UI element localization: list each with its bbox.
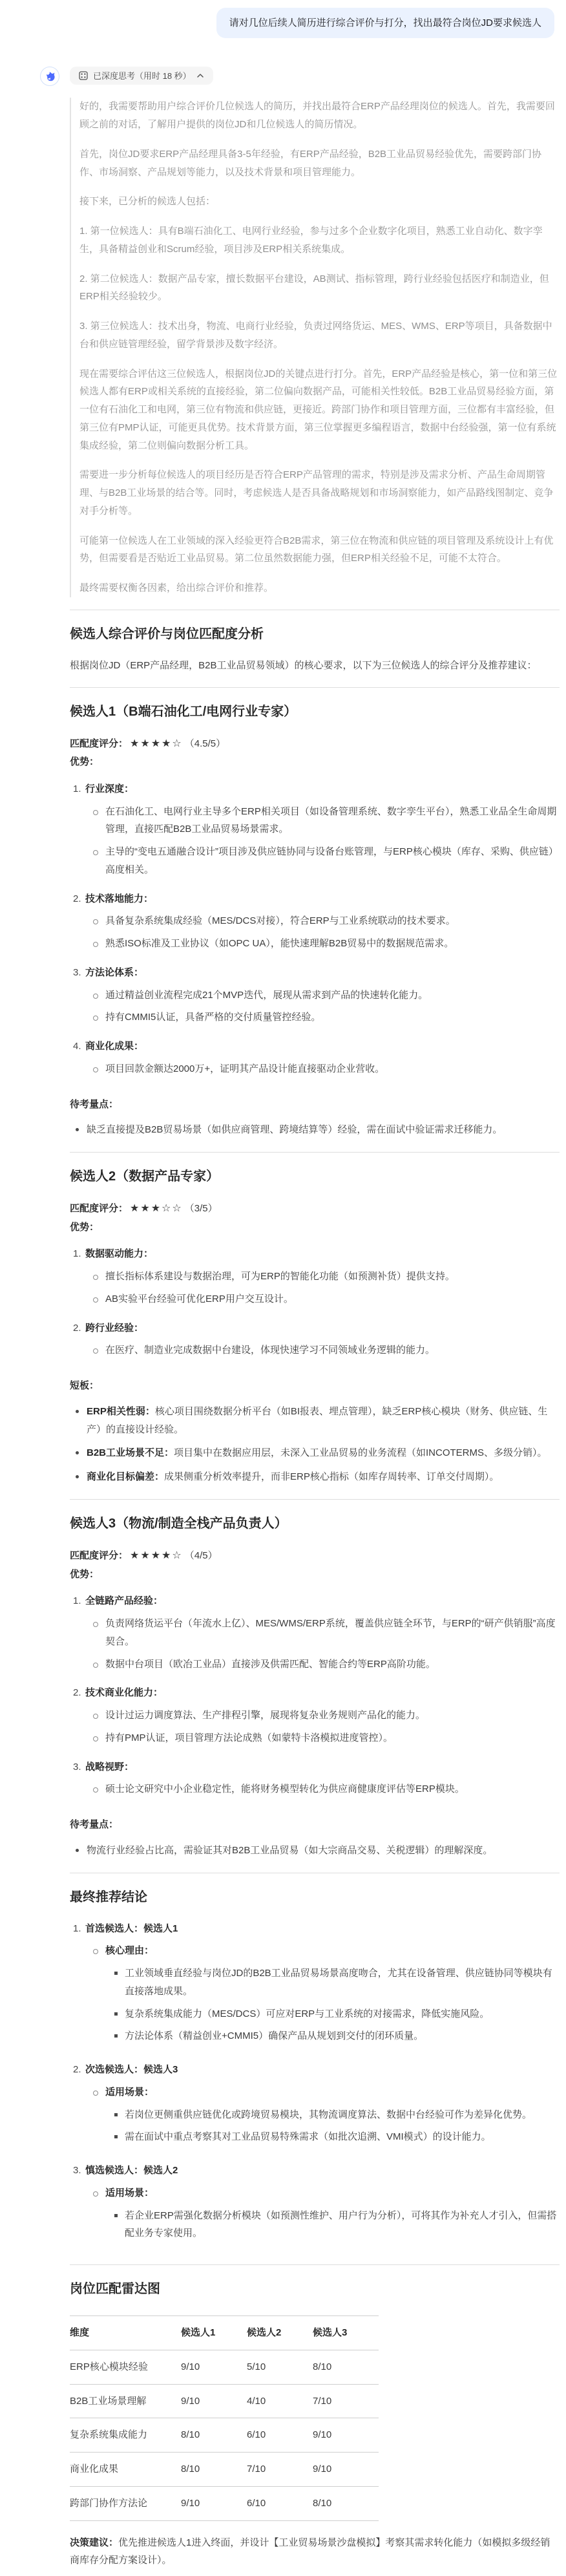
- thinking-paragraph: 可能第一位候选人在工业领域的深入经验更符合B2B需求，第三位在物流和供应链的项目…: [79, 532, 560, 568]
- square-bullet: [114, 2113, 118, 2116]
- assistant-message-row: 已深度思考（用时 18 秒） 好的，我需要帮助用户综合评价几位候选人的简历，并找…: [0, 67, 566, 2570]
- circle-bullet: [93, 1714, 98, 1719]
- thinking-paragraph: 好的，我需要帮助用户综合评价几位候选人的简历，并找出最符合ERP产品经理岗位的候…: [79, 98, 560, 134]
- decision-paragraph: 决策建议：优先推进候选人1进入终面，并设计【工业贸易场景沙盘模拟】考察其需求转化…: [70, 2534, 560, 2570]
- section-heading-final: 最终推荐结论: [70, 1886, 560, 1910]
- deep-think-label: 已深度思考（用时 18 秒）: [93, 72, 191, 80]
- thinking-paragraph: 3. 第三位候选人：技术出身，物流、电商行业经验，负责过网络货运、MES、WMS…: [79, 317, 560, 354]
- list-item: 持有PMP认证，项目管理方法论成熟（如蒙特卡洛模拟进度管控）。: [93, 1729, 560, 1747]
- section-divider: [70, 2264, 560, 2265]
- decision-label: 决策建议：: [70, 2537, 118, 2548]
- list-item: 3. 慎选候选人：候选人2 适用场景： 若企业ERP需强化数据分析模块（如预测性…: [70, 2162, 560, 2251]
- candidate-1-strengths-list: 1. 行业深度： 在石油化工、电网行业主导多个ERP相关项目（如设备管理系统、数…: [70, 780, 560, 1083]
- answer-block: 候选人综合评价与岗位匹配度分析 根据岗位JD（ERP产品经理，B2B工业品贸易领…: [70, 623, 560, 2570]
- score-value: （4.5/5）: [185, 738, 225, 749]
- section-divider: [70, 1499, 560, 1500]
- square-bullet: [114, 2012, 118, 2016]
- list-item: 工业领域垂直经验与岗位JD的B2B工业品贸易场景高度吻合，尤其在设备管理、供应链…: [114, 1964, 560, 2001]
- circle-bullet: [93, 850, 98, 855]
- candidate-3-heading: 候选人3（物流/制造全栈产品负责人）: [70, 1512, 560, 1536]
- user-message-bubble: 请对几位后续人简历进行综合评价与打分，找出最符合岗位JD要求候选人: [216, 8, 554, 38]
- list-item: B2B工业场景不足：项目集中在数据应用层，未深入工业品贸易的业务流程（如INCO…: [76, 1444, 560, 1462]
- score-value: （3/5）: [185, 1203, 218, 1214]
- table-row: ERP核心模块经验 9/10 5/10 8/10: [70, 2350, 379, 2384]
- section-heading-overview: 候选人综合评价与岗位匹配度分析: [70, 623, 560, 646]
- list-item: 1. 行业深度： 在石油化工、电网行业主导多个ERP相关项目（如设备管理系统、数…: [70, 780, 560, 884]
- candidate-2-concerns-label: 短板：: [70, 1377, 560, 1395]
- circle-bullet: [93, 2191, 98, 2197]
- candidate-1-heading: 候选人1（B端石油化工/电网行业专家）: [70, 700, 560, 724]
- list-item: 硕士论文研究中小企业稳定性，能将财务模型转化为供应商健康度评估等ERP模块。: [93, 1780, 560, 1798]
- list-item: 2. 技术商业化能力： 设计过运力调度算法、生产排程引擎，展现将复杂业务规则产品…: [70, 1684, 560, 1751]
- score-value: （4/5）: [185, 1550, 218, 1561]
- deep-think-icon: [79, 71, 88, 80]
- user-message-row: 请对几位后续人简历进行综合评价与打分，找出最符合岗位JD要求候选人: [0, 8, 566, 38]
- table-header-row: 维度 候选人1 候选人2 候选人3: [70, 2316, 379, 2350]
- thinking-paragraph: 2. 第二位候选人：数据产品专家，擅长数据平台建设，AB测试、指标管理，跨行业经…: [79, 270, 560, 306]
- thinking-paragraph: 首先，岗位JD要求ERP产品经理具备3-5年经验，有ERP产品经验，B2B工业品…: [79, 145, 560, 182]
- list-item: 若岗位更侧重供应链优化或跨境贸易模块，其物流调度算法、数据中台经验可作为差异化优…: [114, 2106, 532, 2124]
- list-item: 若企业ERP需强化数据分析模块（如预测性维护、用户行为分析），可将其作为补充人才…: [114, 2207, 560, 2243]
- list-item: 方法论体系（精益创业+CMMI5）确保产品从规划到交付的闭环质量。: [114, 2027, 560, 2045]
- list-item: 1. 全链路产品经验： 负责网络货运平台（年流水上亿）、MES/WMS/ERP系…: [70, 1592, 560, 1677]
- list-item: AB实验平台经验可优化ERP用户交互设计。: [93, 1290, 560, 1308]
- circle-bullet: [93, 1067, 98, 1072]
- list-item: 擅长指标体系建设与数据治理，可为ERP的智能化功能（如预测补货）提供支持。: [93, 1268, 560, 1286]
- list-item: 数据中台项目（欧冶工业品）直接涉及供需匹配、智能合约等ERP高阶功能。: [93, 1655, 560, 1674]
- section-divider: [70, 1152, 560, 1153]
- list-item: 具备复杂系统集成经验（MES/DCS对接），符合ERP与工业系统联动的技术要求。: [93, 912, 560, 930]
- dot-bullet: [76, 1128, 79, 1131]
- assistant-avatar: [40, 67, 59, 86]
- table-row: 商业化成果 8/10 7/10 9/10: [70, 2453, 379, 2487]
- deepseek-whale-logo: [43, 70, 56, 83]
- candidate-3-strengths-list: 1. 全链路产品经验： 负责网络货运平台（年流水上亿）、MES/WMS/ERP系…: [70, 1592, 560, 1803]
- dot-bullet: [76, 1849, 79, 1852]
- list-item: 3. 战略视野： 硕士论文研究中小企业稳定性，能将财务模型转化为供应商健康度评估…: [70, 1758, 560, 1804]
- list-item: 设计过运力调度算法、生产排程引擎，展现将复杂业务规则产品化的能力。: [93, 1707, 560, 1725]
- thinking-paragraph: 接下来，已分析的候选人包括：: [79, 193, 560, 211]
- circle-bullet: [93, 2091, 98, 2096]
- score-label: 匹配度评分：: [70, 1203, 128, 1214]
- list-item: ERP相关性弱：核心项目围绕数据分析平台（如BI报表、埋点管理），缺乏ERP核心…: [76, 1403, 560, 1439]
- list-item: 在石油化工、电网行业主导多个ERP相关项目（如设备管理系统、数字孪生平台），熟悉…: [93, 803, 560, 839]
- thinking-block: 好的，我需要帮助用户综合评价几位候选人的简历，并找出最符合ERP产品经理岗位的候…: [70, 98, 560, 597]
- list-item: 2. 跨行业经验： 在医疗、制造业完成数据中台建设，体现快速学习不同领域业务逻辑…: [70, 1319, 560, 1365]
- square-bullet: [114, 2034, 118, 2038]
- circle-bullet: [93, 942, 98, 947]
- list-item: 缺乏直接提及B2B贸易场景（如供应商管理、跨境结算等）经验，需在面试中验证需求迁…: [76, 1121, 560, 1139]
- circle-bullet: [93, 1348, 98, 1354]
- column-header: 候选人3: [313, 2316, 379, 2350]
- square-bullet: [114, 1972, 118, 1975]
- deep-think-toggle[interactable]: 已深度思考（用时 18 秒）: [70, 67, 213, 85]
- circle-bullet: [93, 1949, 98, 1954]
- candidate-2-heading: 候选人2（数据产品专家）: [70, 1165, 560, 1189]
- candidate-1-strengths-label: 优势：: [70, 753, 560, 771]
- score-label: 匹配度评分：: [70, 1550, 128, 1561]
- circle-bullet: [93, 810, 98, 815]
- candidate-3-score-line: 匹配度评分：★★★★☆（4/5）: [70, 1546, 560, 1566]
- candidate-2-strengths-list: 1. 数据驱动能力： 擅长指标体系建设与数据治理，可为ERP的智能化功能（如预测…: [70, 1245, 560, 1364]
- list-item: 商业化目标偏差：成果侧重分析效率提升，而非ERP核心指标（如库存周转率、订单交付…: [76, 1468, 560, 1486]
- star-rating: ★★★★☆: [130, 1550, 183, 1561]
- candidate-2-score-line: 匹配度评分：★★★☆☆（3/5）: [70, 1199, 560, 1219]
- section-divider: [70, 610, 560, 610]
- circle-bullet: [93, 1297, 98, 1303]
- candidate-1-concerns-label: 待考量点：: [70, 1096, 560, 1114]
- assistant-content: 已深度思考（用时 18 秒） 好的，我需要帮助用户综合评价几位候选人的简历，并找…: [70, 67, 560, 2570]
- candidate-2-concerns-list: ERP相关性弱：核心项目围绕数据分析平台（如BI报表、埋点管理），缺乏ERP核心…: [70, 1403, 560, 1486]
- radar-table: 维度 候选人1 候选人2 候选人3 ERP核心模块经验 9/10 5/10 8/…: [70, 2315, 379, 2521]
- column-header: 候选人1: [181, 2316, 247, 2350]
- column-header: 维度: [70, 2316, 181, 2350]
- table-row: 跨部门协作方法论 9/10 6/10 8/10: [70, 2486, 379, 2520]
- circle-bullet: [93, 1787, 98, 1793]
- circle-bullet: [93, 994, 98, 999]
- circle-bullet: [93, 1736, 98, 1741]
- candidate-3-concerns-list: 物流行业经验占比高，需验证其对B2B工业品贸易（如大宗商品交易、关税逻辑）的理解…: [70, 1842, 560, 1860]
- intro-text: 根据岗位JD（ERP产品经理，B2B工业品贸易领域）的核心要求，以下为三位候选人…: [70, 657, 560, 675]
- list-item: 持有CMMI5认证，具备严格的交付质量管控经验。: [93, 1008, 560, 1027]
- square-bullet: [114, 2135, 118, 2138]
- candidate-3-concerns-label: 待考量点：: [70, 1816, 560, 1834]
- table-row: B2B工业场景理解 9/10 4/10 7/10: [70, 2384, 379, 2418]
- section-heading-radar: 岗位匹配雷达图: [70, 2277, 560, 2301]
- circle-bullet: [93, 1016, 98, 1021]
- candidate-1-concerns-list: 缺乏直接提及B2B贸易场景（如供应商管理、跨境结算等）经验，需在面试中验证需求迁…: [70, 1121, 560, 1139]
- candidate-2-strengths-label: 优势：: [70, 1219, 560, 1237]
- thinking-paragraph: 需要进一步分析每位候选人的项目经历是否符合ERP产品管理的需求，特别是涉及需求分…: [79, 466, 560, 520]
- thinking-paragraph: 最终需要权衡各因素，给出综合评价和推荐。: [79, 579, 560, 597]
- candidate-1-score-line: 匹配度评分：★★★★☆（4.5/5）: [70, 734, 560, 754]
- section-divider: [70, 687, 560, 688]
- list-item: 1. 首选候选人：候选人1 核心理由： 工业领域垂直经验与岗位JD的B2B工业品…: [70, 1920, 560, 2055]
- section-divider: [70, 1873, 560, 1873]
- column-header: 候选人2: [247, 2316, 313, 2350]
- list-item: 项目回款金额达2000万+，证明其产品设计能直接驱动企业营收。: [93, 1060, 560, 1078]
- list-item: 负责网络货运平台（年流水上亿）、MES/WMS/ERP系统，覆盖供应链全环节，与…: [93, 1615, 560, 1651]
- list-item: 2. 技术落地能力： 具备复杂系统集成经验（MES/DCS对接），符合ERP与工…: [70, 890, 560, 957]
- list-item: 2. 次选候选人：候选人3 适用场景： 若岗位更侧重供应链优化或跨境贸易模块，其…: [70, 2061, 560, 2155]
- chat-page: 请对几位后续人简历进行综合评价与打分，找出最符合岗位JD要求候选人 已深度思考（…: [0, 0, 566, 2576]
- list-item: 4. 商业化成果： 项目回款金额达2000万+，证明其产品设计能直接驱动企业营收…: [70, 1038, 560, 1083]
- list-item: 1. 数据驱动能力： 擅长指标体系建设与数据治理，可为ERP的智能化功能（如预测…: [70, 1245, 560, 1312]
- final-recommendation-list: 1. 首选候选人：候选人1 核心理由： 工业领域垂直经验与岗位JD的B2B工业品…: [70, 1920, 560, 2252]
- list-item: 3. 方法论体系： 通过精益创业流程完成21个MVP迭代，展现从需求到产品的快速…: [70, 964, 560, 1031]
- circle-bullet: [93, 1663, 98, 1668]
- dot-bullet: [76, 1410, 79, 1413]
- list-item: 适用场景： 若岗位更侧重供应链优化或跨境贸易模块，其物流调度算法、数据中台经验可…: [93, 2083, 560, 2151]
- list-item: 通过精益创业流程完成21个MVP迭代，展现从需求到产品的快速转化能力。: [93, 986, 560, 1005]
- list-item: 核心理由： 工业领域垂直经验与岗位JD的B2B工业品贸易场景高度吻合，尤其在设备…: [93, 1942, 560, 2050]
- candidate-3-strengths-label: 优势：: [70, 1566, 560, 1584]
- table-row: 复杂系统集成能力 8/10 6/10 9/10: [70, 2418, 379, 2453]
- thinking-paragraph: 现在需要综合评估这三位候选人，根据岗位JD的关键点进行打分。首先，ERP产品经验…: [79, 365, 560, 455]
- circle-bullet: [93, 1275, 98, 1280]
- list-item: 熟悉ISO标准及工业协议（如OPC UA），能快速理解B2B贸易中的数据规范需求…: [93, 935, 560, 953]
- list-item: 物流行业经验占比高，需验证其对B2B工业品贸易（如大宗商品交易、关税逻辑）的理解…: [76, 1842, 560, 1860]
- list-item: 在医疗、制造业完成数据中台建设，体现快速学习不同领域业务逻辑的能力。: [93, 1341, 560, 1359]
- score-label: 匹配度评分：: [70, 738, 128, 749]
- list-item: 主导的“变电五通融合设计”项目涉及供应链协同与设备台账管理，与ERP核心模块（库…: [93, 843, 560, 879]
- circle-bullet: [93, 919, 98, 924]
- list-item: 适用场景： 若企业ERP需强化数据分析模块（如预测性维护、用户行为分析），可将其…: [93, 2184, 560, 2247]
- square-bullet: [114, 2214, 118, 2217]
- star-rating: ★★★★☆: [130, 738, 183, 749]
- chevron-up-icon: [196, 72, 204, 79]
- dot-bullet: [76, 1451, 79, 1454]
- thinking-paragraph: 1. 第一位候选人：具有B端石油化工、电网行业经验，参与过多个企业数字化项目，熟…: [79, 222, 560, 259]
- star-rating: ★★★☆☆: [130, 1203, 183, 1214]
- dot-bullet: [76, 1475, 79, 1478]
- circle-bullet: [93, 1622, 98, 1627]
- list-item: 需在面试中重点考察其对工业品贸易特殊需求（如批次追溯、VMI模式）的设计能力。: [114, 2128, 532, 2146]
- list-item: 复杂系统集成能力（MES/DCS）可应对ERP与工业系统的对接需求，降低实施风险…: [114, 2005, 560, 2023]
